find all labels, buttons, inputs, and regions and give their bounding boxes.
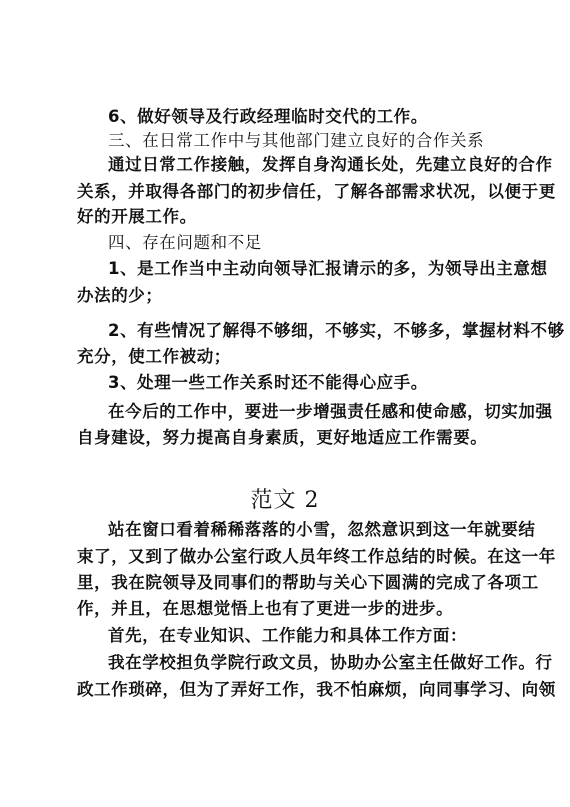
paragraph-line: 通过日常工作接触，发挥自身沟通长处，先建立良好的合作 bbox=[108, 154, 498, 176]
paragraph-line: 里，我在院领导及同事们的帮助与关心下圆满的完成了各项工 bbox=[77, 572, 497, 594]
paragraph-line: 首先，在专业知识、工作能力和具体工作方面： bbox=[108, 625, 498, 647]
section-heading-3: 三、在日常工作中与其他部门建立良好的合作关系 bbox=[108, 130, 498, 152]
list-item-3: 3、处理一些工作关系时还不能得心应手。 bbox=[108, 372, 498, 394]
paragraph-line: 政工作琐碎，但为了弄好工作，我不怕麻烦，向同事学习、向领 bbox=[77, 679, 497, 701]
section-title: 范文 2 bbox=[0, 488, 570, 514]
paragraph-line: 充分，使工作被动； bbox=[77, 346, 497, 368]
paragraph-line: 自身建设，努力提高自身素质，更好地适应工作需要。 bbox=[77, 427, 497, 449]
list-item-1: 1、是工作当中主动向领导汇报请示的多，为领导出主意想 bbox=[108, 258, 498, 280]
list-item-6: 6、做好领导及行政经理临时交代的工作。 bbox=[108, 106, 498, 128]
paragraph-line: 在今后的工作中，要进一步增强责任感和使命感，切实加强 bbox=[108, 401, 498, 423]
paragraph-line: 好的开展工作。 bbox=[77, 206, 497, 228]
paragraph-line: 关系，并取得各部门的初步信任，了解各部需求状况，以便于更 bbox=[77, 181, 497, 203]
paragraph-line: 办法的少； bbox=[77, 285, 497, 307]
list-item-2: 2、有些情况了解得不够细，不够实，不够多，掌握材料不够 bbox=[108, 320, 498, 342]
paragraph-line: 作，并且，在思想觉悟上也有了更进一步的进步。 bbox=[77, 598, 497, 620]
section-heading-4: 四、存在问题和不足 bbox=[108, 232, 498, 254]
document-page: 6、做好领导及行政经理临时交代的工作。 三、在日常工作中与其他部门建立良好的合作… bbox=[0, 0, 570, 807]
paragraph-line: 束了，又到了做办公室行政人员年终工作总结的时候。在这一年 bbox=[77, 546, 497, 568]
paragraph-line: 站在窗口看着稀稀落落的小雪，忽然意识到这一年就要结 bbox=[108, 519, 498, 541]
paragraph-line: 我在学校担负学院行政文员，协助办公室主任做好工作。行 bbox=[108, 652, 498, 674]
